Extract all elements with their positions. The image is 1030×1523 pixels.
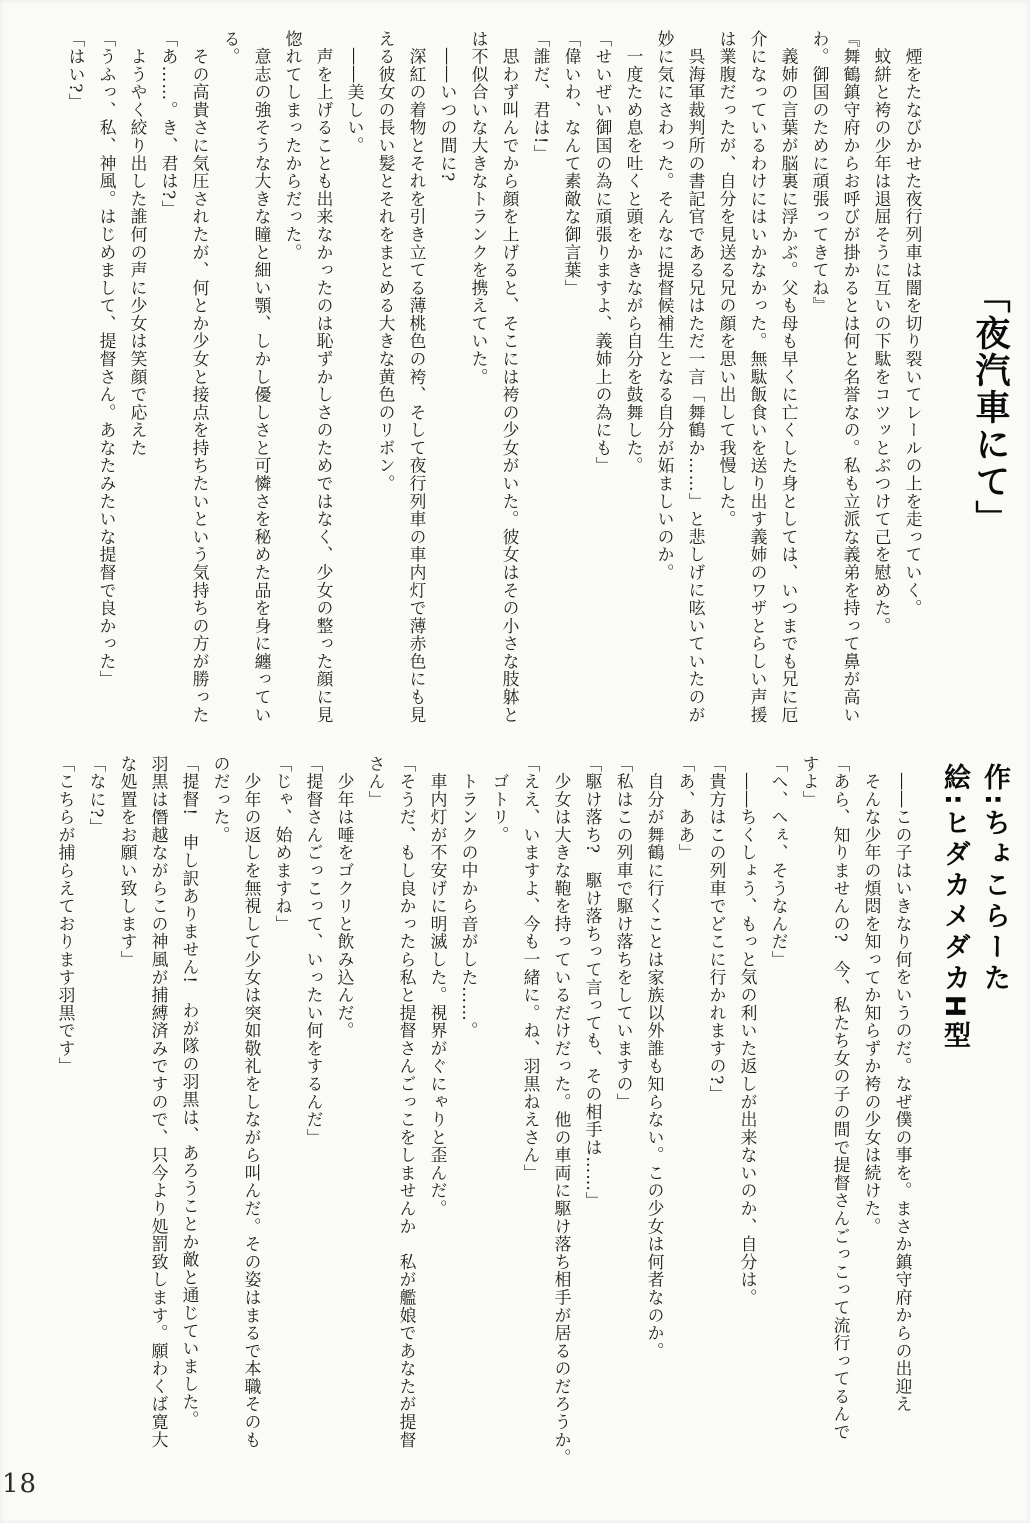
- text-line: 「うふっ、私、神風。はじめまして、提督さん。あなたみたいな提督で良かった」: [91, 30, 122, 738]
- text-line: わ。御国のために頑張ってきてね』: [804, 30, 835, 738]
- text-line: 「せいぜい御国の為に頑張りますよ、義姉上の為にも」: [587, 30, 618, 738]
- text-line: そんな少年の煩悶を知ってか知らずか袴の少女は続けた。: [856, 755, 887, 1495]
- text-line: 「私はこの列車で駆け落ちをしていますの」: [608, 755, 639, 1495]
- text-line: 少年の返しを無視して少女は突如敬礼をしながら叫んだ。その姿はまるで本職そのも: [236, 755, 267, 1495]
- text-line: 「誰だ、君は!」: [525, 30, 556, 738]
- text-line: 「あ……。き、君は?」: [153, 30, 184, 738]
- text-line: 羽黒は僭越ながらこの神風が捕縛済みですので、只今より処罰致します。願わくば寛大: [143, 755, 174, 1495]
- text-line: ――ちくしょう、もっと気の利いた返しが出来ないのか、自分は。: [732, 755, 763, 1495]
- text-line: のだった。: [205, 755, 236, 1495]
- story-bottom-band: 作:ちょこらーた 絵:ヒダカメダカH型 ――この子はいきなり何をいうのだ。なぜ僕…: [50, 755, 1014, 1495]
- text-line: 意志の強そうな大きな瞳と細い顎、しかし優しさと可憐さを秘めた品を身に纏ってい: [246, 30, 277, 738]
- text-line: 少女は大きな鞄を持っているだけだった。他の車両に駆け落ち相手が居るのだろうか。: [546, 755, 577, 1495]
- text-line: その高貴さに気圧されたが、何とか少女と接点を持ちたいという気持ちの方が勝った: [184, 30, 215, 738]
- text-line: 自分が舞鶴に行くことは家族以外誰も知らない。この少女は何者なのか。: [639, 755, 670, 1495]
- text-line: 「へ、へぇ、そうなんだ」: [763, 755, 794, 1495]
- text-line: ゴトリ。: [484, 755, 515, 1495]
- text-line: 車内灯が不安げに明滅した。視界がぐにゃりと歪んだ。: [422, 755, 453, 1495]
- text-line: 声を上げることも出来なかったのは恥ずかしさのためではなく、少女の整った顔に見: [308, 30, 339, 738]
- text-line: な処置をお願い致します」: [112, 755, 143, 1495]
- text-line: 「偉いわ、なんて素敵な御言葉」: [556, 30, 587, 738]
- text-line: 思わず叫んでから顔を上げると、そこには袴の少女がいた。彼女はその小さな肢躰と: [494, 30, 525, 738]
- text-line: 「はい?」: [60, 30, 91, 738]
- scanned-story-page: 「夜汽車にて」 煙をたなびかせた夜行列車は闇を切り裂いてレールの上を走っていく。…: [0, 0, 1030, 1523]
- text-line: 「じゃ、始めますね」: [267, 755, 298, 1495]
- text-line: 「ええ、いますよ、今も一緒に。ね、羽黒ねえさん」: [515, 755, 546, 1495]
- text-line: 蚊絣と袴の少年は退屈そうに互いの下駄をコツッとぶつけて己を慰めた。: [866, 30, 897, 738]
- text-line: ――美しい。: [339, 30, 370, 738]
- text-line: 「こちらが捕らえております羽黒です」: [50, 755, 81, 1495]
- text-line: 「提督! 申し訳ありません! わが隊の羽黒は、あろうことか敵と通じていました。: [174, 755, 205, 1495]
- text-line: 「なに?」: [81, 755, 112, 1495]
- text-line: 「駆け落ち? 駆け落ちって言っても、その相手は……」: [577, 755, 608, 1495]
- text-line: 呉海軍裁判所の書記官である兄はただ一言「舞鶴か……」と悲しげに呟いていたのが: [680, 30, 711, 738]
- text-line: える彼女の長い髪とそれをまとめる大きな黄色のリボン。: [370, 30, 401, 738]
- text-line: 「貴方はこの列車でどこに行かれますの?」: [701, 755, 732, 1495]
- text-line: 「あ、ああ」: [670, 755, 701, 1495]
- text-line: 一度ため息を吐くと頭をかきながら自分を鼓舞した。: [618, 30, 649, 738]
- text-line: ――いつの間に?: [432, 30, 463, 738]
- story-top-band: 「夜汽車にて」 煙をたなびかせた夜行列車は闇を切り裂いてレールの上を走っていく。…: [60, 30, 1014, 738]
- text-line: 介になっているわけにはいかなかった。無駄飯食いを送り出す義姉のワザとらしい声援: [742, 30, 773, 738]
- text-line: ようやく絞り出した誰何の声に少女は笑顔で応えた: [122, 30, 153, 738]
- text-line: 「そうだ、もし良かったら私と提督さんごっこをしませんか 私が艦娘であなたが提督: [391, 755, 422, 1495]
- page-number: 18: [2, 1469, 37, 1499]
- text-line: トランクの中から音がした……。: [453, 755, 484, 1495]
- text-line: すよ」: [794, 755, 825, 1495]
- author-credit: 作:ちょこらーた: [974, 755, 1014, 1503]
- text-line: 「あら、知りませんの? 今、私たち女の子の間で提督さんごっこって流行ってるんで: [825, 755, 856, 1495]
- text-line: ――この子はいきなり何をいうのだ。なぜ僕の事を。まさか鎮守府からの出迎え: [887, 755, 918, 1495]
- artist-credit: 絵:ヒダカメダカH型: [934, 755, 974, 1503]
- text-line: る。: [215, 30, 246, 738]
- text-line: 義姉の言葉が脳裏に浮かぶ。父も母も早くに亡くした身としては、いつまでも兄に厄: [773, 30, 804, 738]
- text-line: さん」: [360, 755, 391, 1495]
- text-line: 煙をたなびかせた夜行列車は闇を切り裂いてレールの上を走っていく。: [897, 30, 928, 738]
- text-line: は業腹だったが、自分を見送る兄の顔を思い出して我慢した。: [711, 30, 742, 738]
- text-line: 深紅の着物とそれを引き立てる薄桃色の袴、そして夜行列車の車内灯で薄赤色にも見: [401, 30, 432, 738]
- text-line: 「提督さんごっこって、いったい何をするんだ」: [298, 755, 329, 1495]
- text-line: 妙に気にさわった。そんなに提督候補生となる自分が妬ましいのか。: [649, 30, 680, 738]
- text-line: は不似合いな大きなトランクを携えていた。: [463, 30, 494, 738]
- text-line: 少年は唾をゴクリと飲み込んだ。: [329, 755, 360, 1495]
- text-line: 『舞鶴鎮守府からお呼びが掛かるとは何と名誉なの。私も立派な義弟を持って鼻が高い: [835, 30, 866, 738]
- text-line: 惚れてしまったからだった。: [277, 30, 308, 738]
